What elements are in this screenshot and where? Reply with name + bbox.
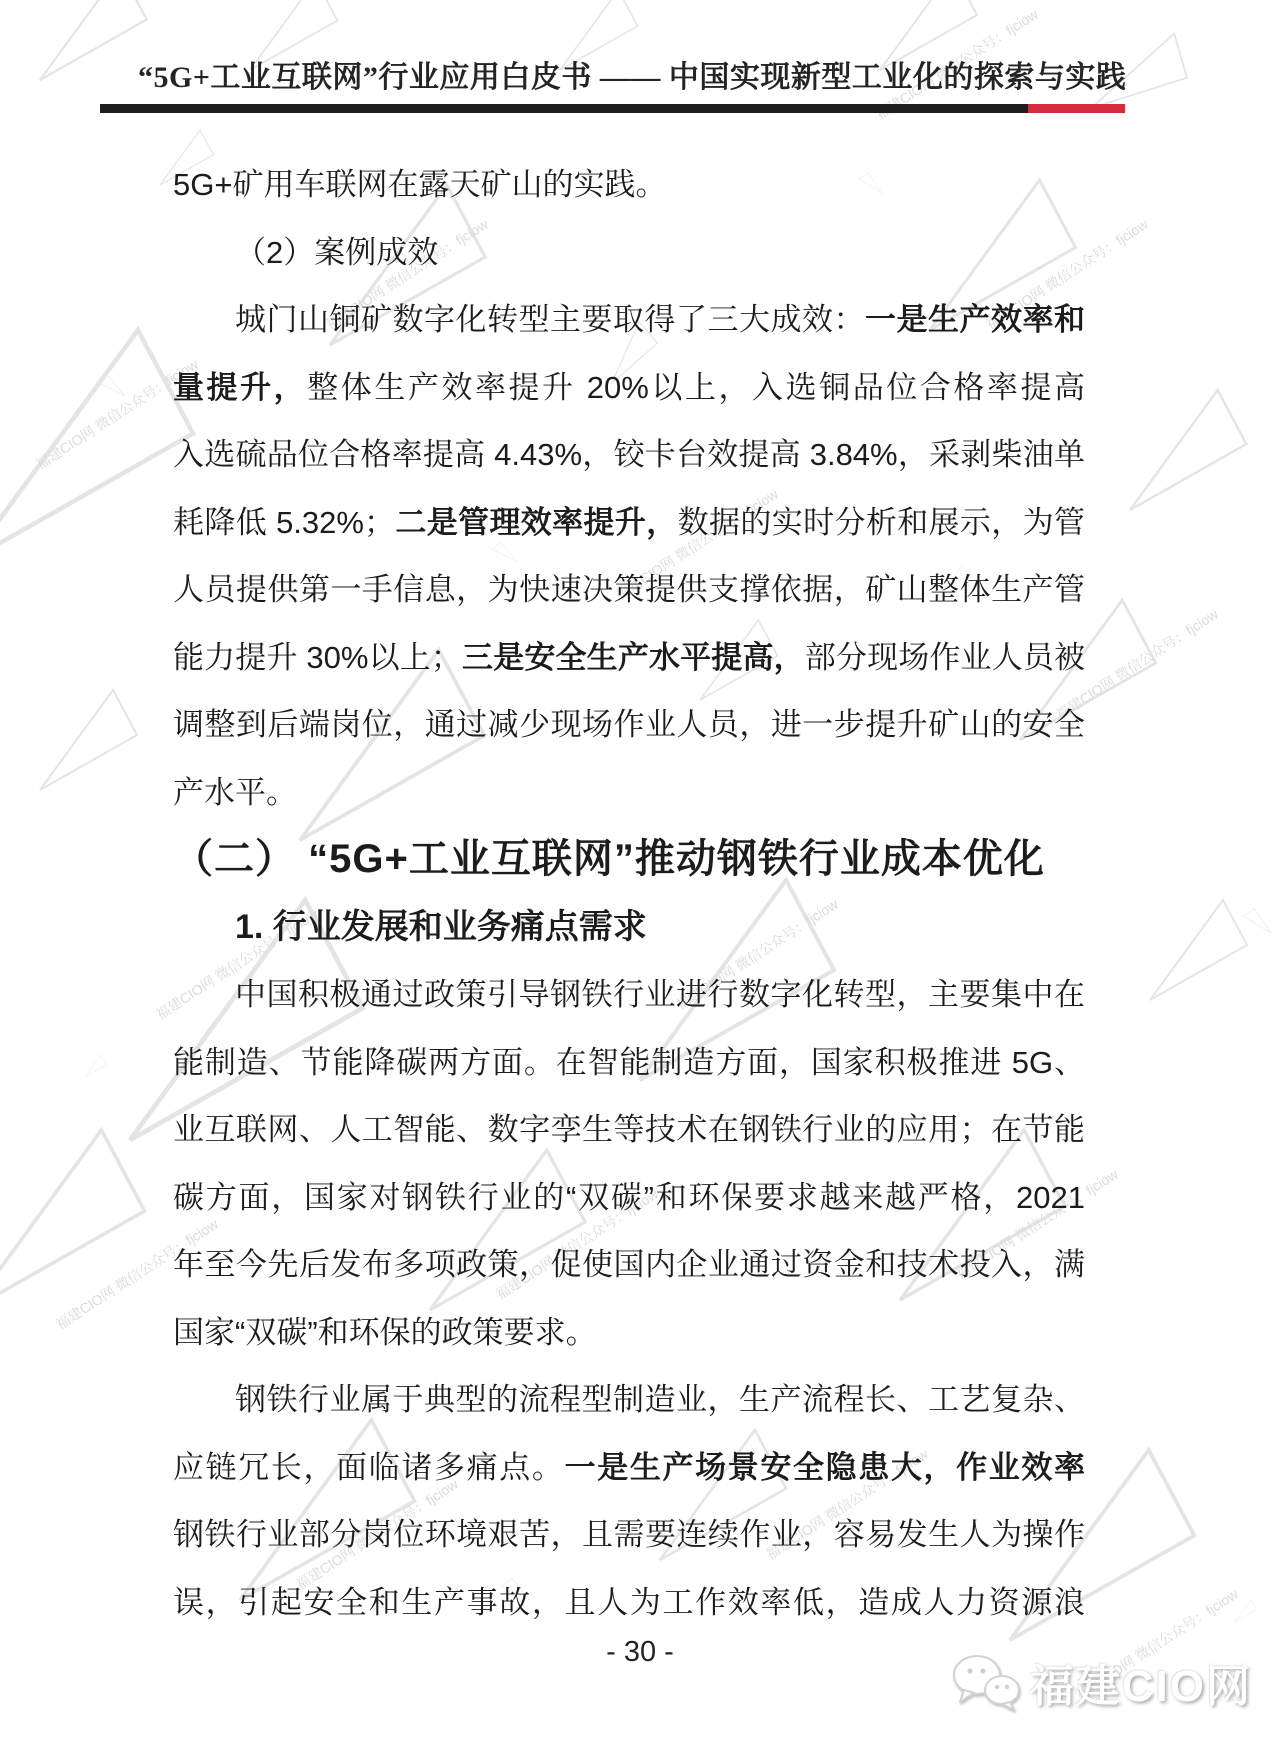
- section-heading: （二） “5G+工业互联网”推动钢铁行业成本优化: [173, 826, 1085, 894]
- document-body: 5G+矿用车联网在露天矿山的实践。（2）案例成效城门山铜矿数字化转型主要取得了三…: [173, 151, 1085, 1636]
- text-line: 入选硫品位合格率提高 4.43%，铰卡台效提高 3.84%，采剥柴油单: [173, 421, 1085, 489]
- text-line: 国家“双碳”和环保的政策要求。: [173, 1299, 1085, 1367]
- page-header-title: “5G+工业互联网”行业应用白皮书 —— 中国实现新型工业化的探索与实践: [138, 52, 1126, 96]
- text-line: 人员提供第一手信息，为快速决策提供支撑依据，矿山整体生产管理: [173, 556, 1085, 624]
- text-line: 产水平。: [173, 759, 1085, 827]
- text-line: 能力提升 30%以上；三是安全生产水平提高，部分现场作业人员被: [173, 624, 1085, 692]
- text-line: 量提升，整体生产效率提升 20%以上，入选铜品位合格率提高 11.34%，: [173, 354, 1085, 422]
- document-page: 福建CIO网 微信公众号：fjciow 福建CIO网 微信公众号：fjciow …: [0, 0, 1280, 1737]
- text-line: 耗降低 5.32%；二是管理效率提升，数据的实时分析和展示，为管理: [173, 489, 1085, 557]
- text-line: 误，引起安全和生产事故，且人为工作效率低，造成人力资源浪费；: [173, 1569, 1085, 1637]
- wechat-icon: [950, 1652, 1022, 1712]
- text-line: 中国积极通过政策引导钢铁行业进行数字化转型，主要集中在智: [173, 961, 1085, 1029]
- brand-logo-text: 福建CIO网: [1030, 1650, 1252, 1714]
- text-line: 钢铁行业部分岗位环境艰苦，且需要连续作业，容易发生人为操作错: [173, 1501, 1085, 1569]
- text-line: 年至今先后发布多项政策，促使国内企业通过资金和技术投入，满足: [173, 1231, 1085, 1299]
- text-line: 应链冗长，面临诸多痛点。一是生产场景安全隐患大，作业效率低，: [173, 1434, 1085, 1502]
- text-line: 业互联网、人工智能、数字孪生等技术在钢铁行业的应用；在节能降: [173, 1096, 1085, 1164]
- text-line: （2）案例成效: [173, 219, 1085, 287]
- text-line: 调整到后端岗位，通过减少现场作业人员，进一步提升矿山的安全生: [173, 691, 1085, 759]
- text-line: 能制造、节能降碳两方面。在智能制造方面，国家积极推进 5G、工: [173, 1029, 1085, 1097]
- header-rule: [100, 104, 1125, 113]
- header-rule-black-segment: [100, 104, 1028, 113]
- header-rule-red-segment: [1028, 104, 1125, 113]
- sub-heading: 1. 行业发展和业务痛点需求: [173, 894, 1085, 962]
- text-line: 城门山铜矿数字化转型主要取得了三大成效：一是生产效率和质: [173, 286, 1085, 354]
- text-line: 碳方面，国家对钢铁行业的“双碳”和环保要求越来越严格，2021: [173, 1164, 1085, 1232]
- text-line: 5G+矿用车联网在露天矿山的实践。: [173, 151, 1085, 219]
- brand-logo: 福建CIO网: [950, 1650, 1252, 1714]
- text-line: 钢铁行业属于典型的流程型制造业，生产流程长、工艺复杂、供: [173, 1366, 1085, 1434]
